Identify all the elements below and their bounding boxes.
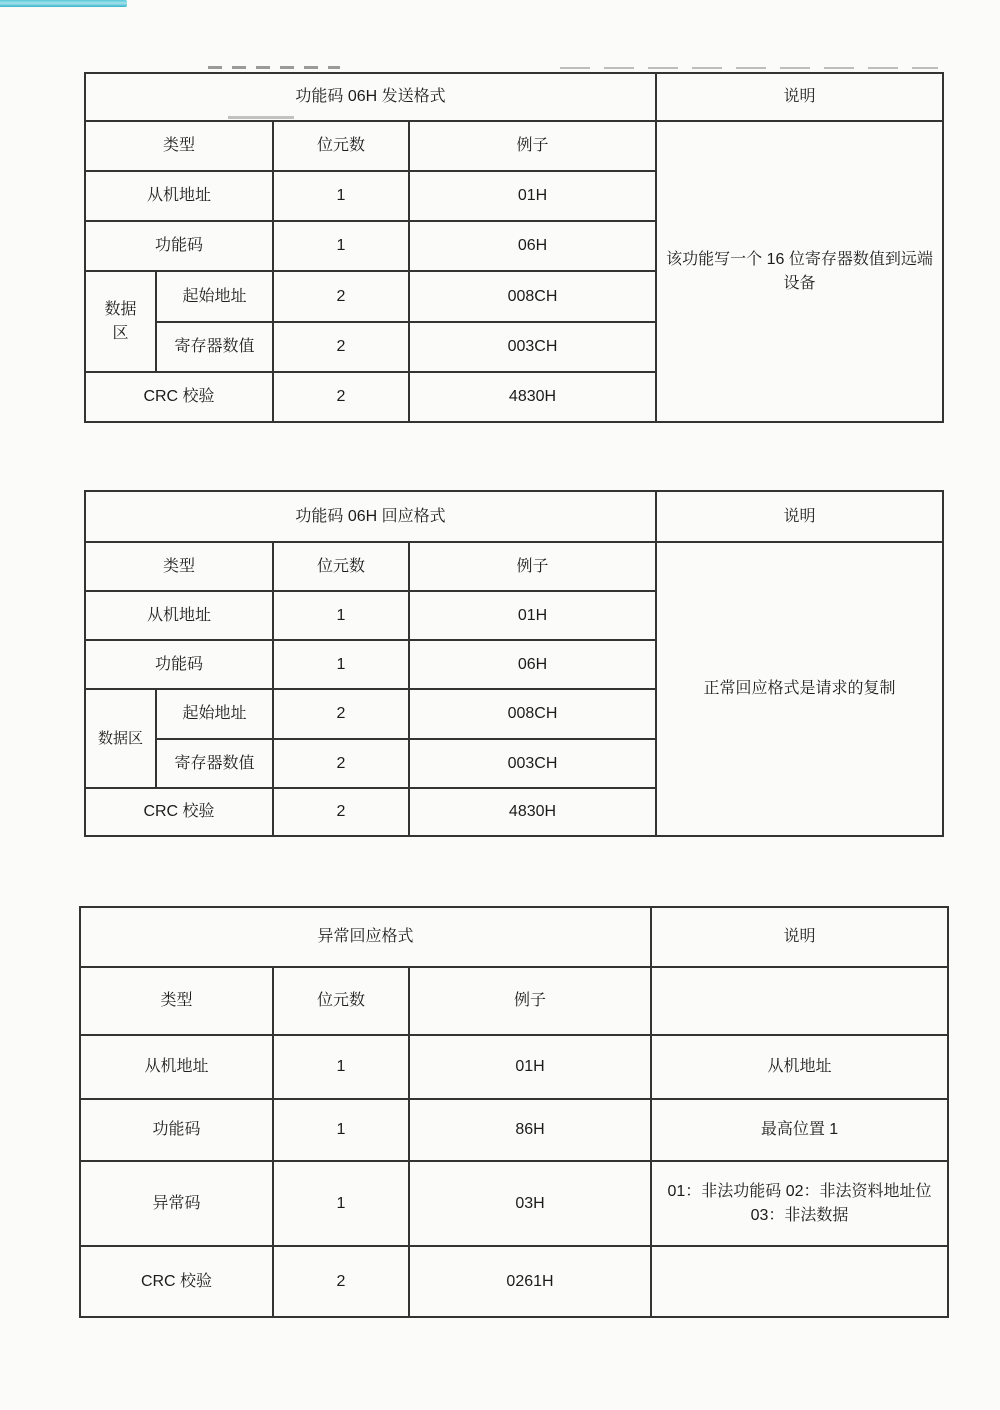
send-format-table: 功能码 06H 发送格式 说明 类型 位元数 例子 该功能写一个 16 位寄存器…: [84, 72, 944, 423]
row-note-cell: [651, 967, 948, 1035]
row-example-cell: 008CH: [409, 689, 656, 739]
scan-smudge: [208, 66, 340, 69]
row-example-cell: 06H: [409, 640, 656, 689]
exception-response-table: 异常回应格式 说明 类型 位元数 例子 从机地址 1 01H 从机地址 功能码 …: [79, 906, 949, 1318]
row-bytes-cell: 2: [273, 1246, 409, 1317]
row-type-cell: 起始地址: [156, 271, 273, 322]
col-header-type: 类型: [80, 967, 273, 1035]
row-bytes-cell: 2: [273, 788, 409, 836]
note-column-header: 说明: [651, 907, 948, 967]
row-example-cell: 86H: [409, 1099, 651, 1161]
row-example-cell: 01H: [409, 171, 656, 221]
row-bytes-cell: 1: [273, 1035, 409, 1099]
note-cell: 正常回应格式是请求的复制: [656, 542, 943, 836]
col-header-example: 例子: [409, 121, 656, 171]
row-bytes-cell: 2: [273, 689, 409, 739]
row-example-cell: 4830H: [409, 788, 656, 836]
row-bytes-cell: 1: [273, 640, 409, 689]
row-example-cell: 003CH: [409, 739, 656, 788]
row-type-cell: 从机地址: [85, 171, 273, 221]
table-title: 功能码 06H 发送格式: [85, 73, 656, 121]
row-example-cell: 01H: [409, 1035, 651, 1099]
group-label-line: 区: [92, 322, 149, 345]
col-header-example: 例子: [409, 542, 656, 591]
row-example-cell: 008CH: [409, 271, 656, 322]
row-note-cell: 最高位置 1: [651, 1099, 948, 1161]
table-title: 异常回应格式: [80, 907, 651, 967]
group-label-line: 数据: [92, 298, 149, 321]
row-example-cell: 03H: [409, 1161, 651, 1246]
row-type-cell: 功能码: [85, 221, 273, 271]
row-note-cell: 从机地址: [651, 1035, 948, 1099]
response-format-table: 功能码 06H 回应格式 说明 类型 位元数 例子 正常回应格式是请求的复制 从…: [84, 490, 944, 837]
row-example-cell: 003CH: [409, 322, 656, 372]
row-note-cell: [651, 1246, 948, 1317]
col-header-example: 例子: [409, 967, 651, 1035]
col-header-bytes: 位元数: [273, 121, 409, 171]
col-header-type: 类型: [85, 542, 273, 591]
row-bytes-cell: 2: [273, 372, 409, 422]
table-title: 功能码 06H 回应格式: [85, 491, 656, 542]
row-bytes-cell: 1: [273, 1099, 409, 1161]
note-column-header: 说明: [656, 73, 943, 121]
row-type-cell: CRC 校验: [85, 372, 273, 422]
row-type-cell: 功能码: [80, 1099, 273, 1161]
note-cell: 该功能写一个 16 位寄存器数值到远端设备: [656, 121, 943, 422]
row-bytes-cell: 1: [273, 1161, 409, 1246]
data-area-group-cell: 数据 区: [85, 271, 156, 372]
row-type-cell: 寄存器数值: [156, 739, 273, 788]
row-type-cell: 功能码: [85, 640, 273, 689]
row-bytes-cell: 2: [273, 739, 409, 788]
row-bytes-cell: 1: [273, 591, 409, 640]
row-note-cell: 01：非法功能码 02：非法资料地址位 03：非法数据: [651, 1161, 948, 1246]
row-example-cell: 01H: [409, 591, 656, 640]
col-header-type: 类型: [85, 121, 273, 171]
data-area-group-cell: 数据区: [85, 689, 156, 788]
row-bytes-cell: 1: [273, 221, 409, 271]
row-example-cell: 06H: [409, 221, 656, 271]
row-type-cell: 从机地址: [85, 591, 273, 640]
row-type-cell: 起始地址: [156, 689, 273, 739]
scanner-highlight-mark: [0, 0, 127, 7]
row-bytes-cell: 2: [273, 271, 409, 322]
col-header-bytes: 位元数: [273, 542, 409, 591]
row-type-cell: CRC 校验: [80, 1246, 273, 1317]
row-type-cell: CRC 校验: [85, 788, 273, 836]
row-type-cell: 异常码: [80, 1161, 273, 1246]
row-example-cell: 0261H: [409, 1246, 651, 1317]
row-bytes-cell: 2: [273, 322, 409, 372]
note-column-header: 说明: [656, 491, 943, 542]
row-example-cell: 4830H: [409, 372, 656, 422]
col-header-bytes: 位元数: [273, 967, 409, 1035]
scan-smudge: [560, 67, 938, 69]
row-type-cell: 寄存器数值: [156, 322, 273, 372]
row-bytes-cell: 1: [273, 171, 409, 221]
row-type-cell: 从机地址: [80, 1035, 273, 1099]
